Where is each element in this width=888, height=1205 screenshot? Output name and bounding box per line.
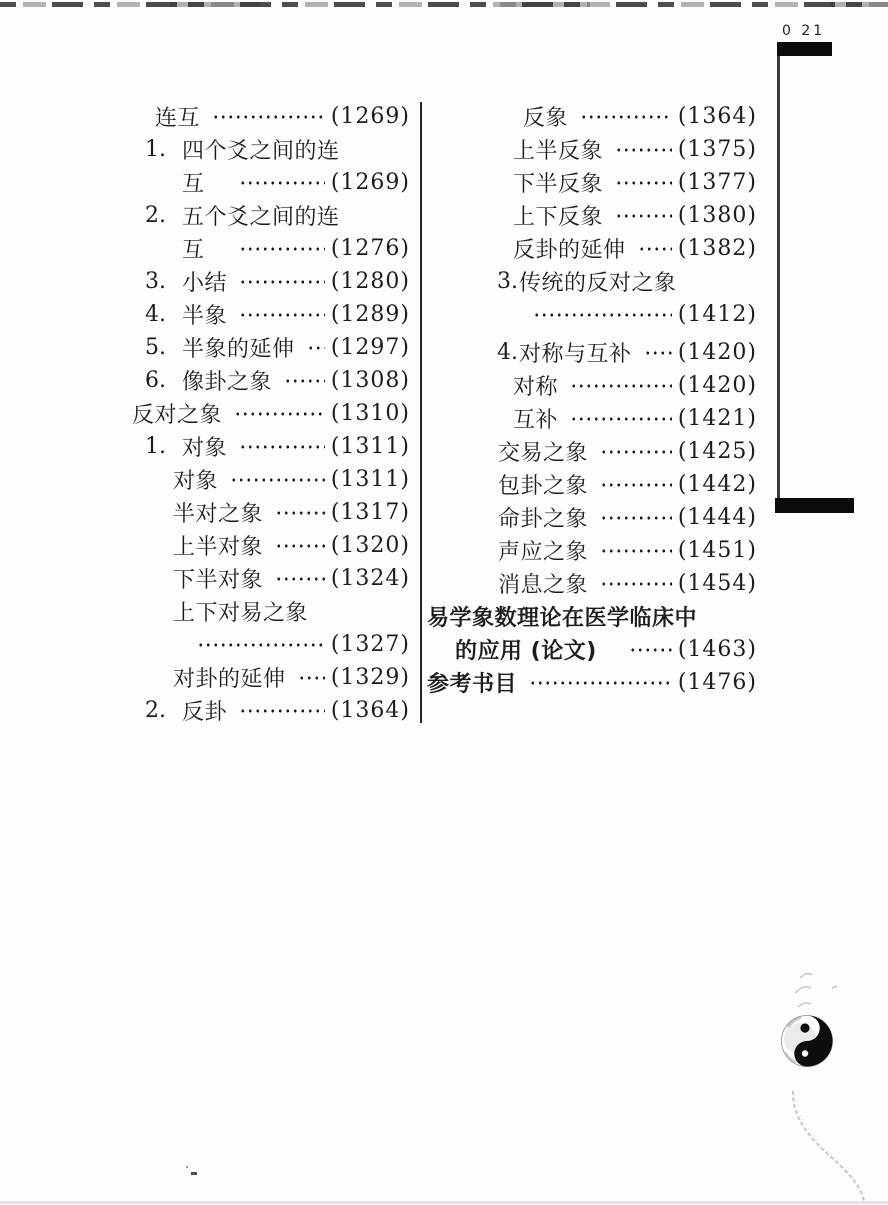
- toc-row-page: (1382): [678, 236, 757, 261]
- pencil-trail: [793, 1091, 864, 1202]
- toc-row-label: 互: [182, 167, 205, 198]
- toc-row-page: (1421): [678, 406, 757, 431]
- toc-row: 2. 五个爻之间的连: [132, 199, 410, 232]
- toc-row-number: 5.: [145, 335, 182, 360]
- toc-row-page: (1454): [678, 571, 757, 596]
- toc-row-label: 半象: [182, 299, 227, 330]
- toc-row-label: 上半对象: [173, 530, 263, 561]
- toc-row: 互 (1276): [132, 232, 410, 265]
- toc-row-page: (1327): [331, 632, 410, 657]
- toc-row-number: 1.: [145, 434, 182, 459]
- toc-row: 互补 (1421): [425, 402, 757, 435]
- toc-row: 上下反象 (1380): [425, 199, 757, 232]
- toc-row-page: (1364): [331, 698, 410, 723]
- toc-row-number: 2.: [145, 203, 182, 228]
- dot-leader: [615, 166, 672, 199]
- toc-row-page: (1375): [678, 137, 757, 162]
- toc-row-page: (1276): [331, 236, 410, 261]
- toc-row-page: (1364): [678, 104, 757, 129]
- toc-row: 下半对象 (1324): [132, 562, 410, 595]
- dot-leader: [307, 331, 325, 364]
- toc-row: 对象 (1311): [132, 463, 410, 496]
- dot-leader: [275, 529, 325, 562]
- scan-edge-noise: [0, 2, 888, 7]
- toc-row-label: 互: [182, 233, 205, 264]
- toc-row-page: (1280): [331, 269, 410, 294]
- toc-row: 的应用 (论文) (1463): [425, 633, 757, 666]
- dot-leader: [629, 633, 673, 666]
- toc-row-number: 6.: [145, 368, 182, 393]
- dot-leader: [644, 336, 672, 369]
- toc-row-page: (1329): [331, 665, 410, 690]
- toc-row-label: 消息之象: [498, 568, 588, 599]
- toc-row-label: 对象: [182, 431, 227, 462]
- toc-row: 反象 (1364): [425, 100, 757, 133]
- toc-row-page: (1463): [678, 637, 757, 662]
- toc-row-number: 4.: [497, 340, 519, 365]
- toc-row-page: (1324): [331, 566, 410, 591]
- dot-leader: [239, 694, 325, 727]
- toc-left-column: 连互 (1269) 1. 四个爻之间的连 互 (1269) 2. 五个爻之间的连…: [132, 100, 410, 727]
- toc-row: 连互 (1269): [132, 100, 410, 133]
- toc-row: 对称 (1420): [425, 369, 757, 402]
- toc-row: 互 (1269): [132, 166, 410, 199]
- toc-right-column: 反象 (1364) 上半反象 (1375) 下半反象 (1377) 上下反象 (…: [425, 100, 757, 699]
- toc-row-page: (1320): [331, 533, 410, 558]
- toc-row-label: 声应之象: [498, 535, 588, 566]
- toc-row-label: 反象: [523, 101, 568, 132]
- toc-row-label: 对称与互补: [519, 337, 632, 368]
- toc-row-page: (1425): [678, 439, 757, 464]
- toc-row-label: 反卦: [182, 695, 227, 726]
- toc-row-number: 4.: [145, 302, 182, 327]
- dot-leader: [234, 397, 325, 430]
- toc-row: 6. 像卦之象 (1308): [132, 364, 410, 397]
- toc-row-label: 下半反象: [513, 167, 603, 198]
- toc-row: 参考书目 (1476): [425, 666, 757, 699]
- dot-leader: [239, 232, 325, 265]
- toc-row: 消息之象 (1454): [425, 567, 757, 600]
- dot-leader: [615, 133, 672, 166]
- toc-row-page: (1420): [678, 373, 757, 398]
- toc-row-page: (1476): [678, 670, 757, 695]
- dot-leader: [600, 468, 672, 501]
- toc-row-label: 上下对易之象: [173, 596, 308, 627]
- toc-row-label: 四个爻之间的连: [182, 134, 340, 165]
- toc-row-label: 对称: [513, 370, 558, 401]
- toc-row-page: (1380): [678, 203, 757, 228]
- toc-row-label: 小结: [182, 266, 227, 297]
- ink-speck: [186, 1166, 188, 1168]
- dot-leader: [570, 369, 672, 402]
- toc-row-label: 反对之象: [132, 398, 222, 429]
- dot-leader: [212, 100, 325, 133]
- toc-row-page: (1420): [678, 340, 757, 365]
- dot-leader: [615, 199, 672, 232]
- toc-row-label: 像卦之象: [182, 365, 272, 396]
- dot-leader: [529, 666, 672, 699]
- dot-leader: [570, 402, 672, 435]
- toc-row-page: (1269): [331, 170, 410, 195]
- toc-row-page: (1308): [331, 368, 410, 393]
- toc-row-label: 上半反象: [513, 134, 603, 165]
- toc-row-label: 包卦之象: [498, 469, 588, 500]
- toc-row-label: 上下反象: [513, 200, 603, 231]
- toc-row: 3. 小结 (1280): [132, 265, 410, 298]
- toc-row: 上半反象 (1375): [425, 133, 757, 166]
- toc-row: 半对之象 (1317): [132, 496, 410, 529]
- toc-row-number: 1.: [145, 137, 182, 162]
- toc-row: 1. 对象 (1311): [132, 430, 410, 463]
- toc-row: 交易之象 (1425): [425, 435, 757, 468]
- toc-row-label: 半对之象: [173, 497, 263, 528]
- dot-leader: [298, 661, 325, 694]
- yin-yang-icon: [770, 960, 888, 1205]
- toc-row-label: 命卦之象: [498, 502, 588, 533]
- toc-row-label: 对象: [173, 464, 218, 495]
- toc-row: (1327): [132, 628, 410, 661]
- toc-row: 包卦之象 (1442): [425, 468, 757, 501]
- toc-row-page: (1317): [331, 500, 410, 525]
- dot-leader: [600, 501, 672, 534]
- toc-row-page: (1444): [678, 505, 757, 530]
- dot-leader: [638, 232, 672, 265]
- toc-row: 反卦的延伸 (1382): [425, 232, 757, 265]
- dot-leader: [197, 628, 325, 661]
- scan-bottom-edge: [0, 1201, 888, 1204]
- toc-row: 4. 对称与互补 (1420): [425, 336, 757, 369]
- dot-leader: [533, 298, 672, 331]
- dot-leader: [239, 265, 325, 298]
- toc-row: 下半反象 (1377): [425, 166, 757, 199]
- dot-leader: [239, 298, 325, 331]
- toc-row: 易学象数理论在医学临床中: [425, 600, 757, 633]
- toc-row-number: 3.: [145, 269, 182, 294]
- toc-row-label: 传统的反对之象: [519, 266, 677, 297]
- toc-row-label: 反卦的延伸: [513, 233, 626, 264]
- toc-row: 对卦的延伸 (1329): [132, 661, 410, 694]
- toc-row-page: (1269): [331, 104, 410, 129]
- margin-edge-line: [777, 56, 780, 498]
- toc-row-label: 参考书目: [427, 667, 517, 698]
- toc-row: 2. 反卦 (1364): [132, 694, 410, 727]
- toc-row-page: (1311): [331, 467, 410, 492]
- dot-leader: [239, 430, 325, 463]
- toc-row-page: (1442): [678, 472, 757, 497]
- toc-row: 上下对易之象: [132, 595, 410, 628]
- dot-leader: [230, 463, 325, 496]
- dot-leader: [284, 364, 325, 397]
- toc-row-number: 3.: [497, 269, 519, 294]
- page-number: 0 21: [782, 23, 825, 39]
- toc-row-number: 2.: [145, 698, 182, 723]
- toc-row-label: 下半对象: [173, 563, 263, 594]
- toc-row-label: 五个爻之间的连: [182, 200, 340, 231]
- toc-row-page: (1311): [331, 434, 410, 459]
- column-divider: [420, 102, 422, 723]
- toc-row-page: (1451): [678, 538, 757, 563]
- toc-row: 4. 半象 (1289): [132, 298, 410, 331]
- toc-row: (1412): [425, 298, 757, 331]
- toc-row-label: 互补: [513, 403, 558, 434]
- toc-row: 3. 传统的反对之象: [425, 265, 757, 298]
- margin-bar-top: [777, 42, 832, 56]
- dot-leader: [239, 166, 325, 199]
- toc-row: 命卦之象 (1444): [425, 501, 757, 534]
- toc-row-page: (1377): [678, 170, 757, 195]
- toc-row-label: 交易之象: [498, 436, 588, 467]
- scanned-page: 0 21 连互 (1269) 1. 四个爻之间的连 互 (1269) 2. 五个…: [0, 0, 888, 1205]
- toc-row: 上半对象 (1320): [132, 529, 410, 562]
- toc-row-label: 对卦的延伸: [173, 662, 286, 693]
- toc-row-page: (1297): [331, 335, 410, 360]
- toc-row-label: 连互: [155, 101, 200, 132]
- ink-speck: [191, 1172, 197, 1175]
- dot-leader: [275, 496, 325, 529]
- pencil-squiggle: [795, 974, 837, 1007]
- dot-leader: [600, 567, 672, 600]
- dot-leader: [600, 435, 672, 468]
- toc-row: 反对之象 (1310): [132, 397, 410, 430]
- toc-row: 声应之象 (1451): [425, 534, 757, 567]
- toc-row-page: (1289): [331, 302, 410, 327]
- dot-leader: [600, 534, 672, 567]
- toc-row-label: 的应用 (论文): [455, 634, 597, 665]
- toc-row-label: 半象的延伸: [182, 332, 295, 363]
- taiji-symbol: [782, 1016, 833, 1067]
- toc-row-page: (1310): [331, 401, 410, 426]
- toc-row-page: (1412): [678, 302, 757, 327]
- toc-row: 1. 四个爻之间的连: [132, 133, 410, 166]
- dot-leader: [275, 562, 325, 595]
- dot-leader: [580, 100, 672, 133]
- margin-bar-bottom: [775, 498, 854, 513]
- toc-row: 5. 半象的延伸 (1297): [132, 331, 410, 364]
- toc-row-label: 易学象数理论在医学临床中: [427, 601, 697, 632]
